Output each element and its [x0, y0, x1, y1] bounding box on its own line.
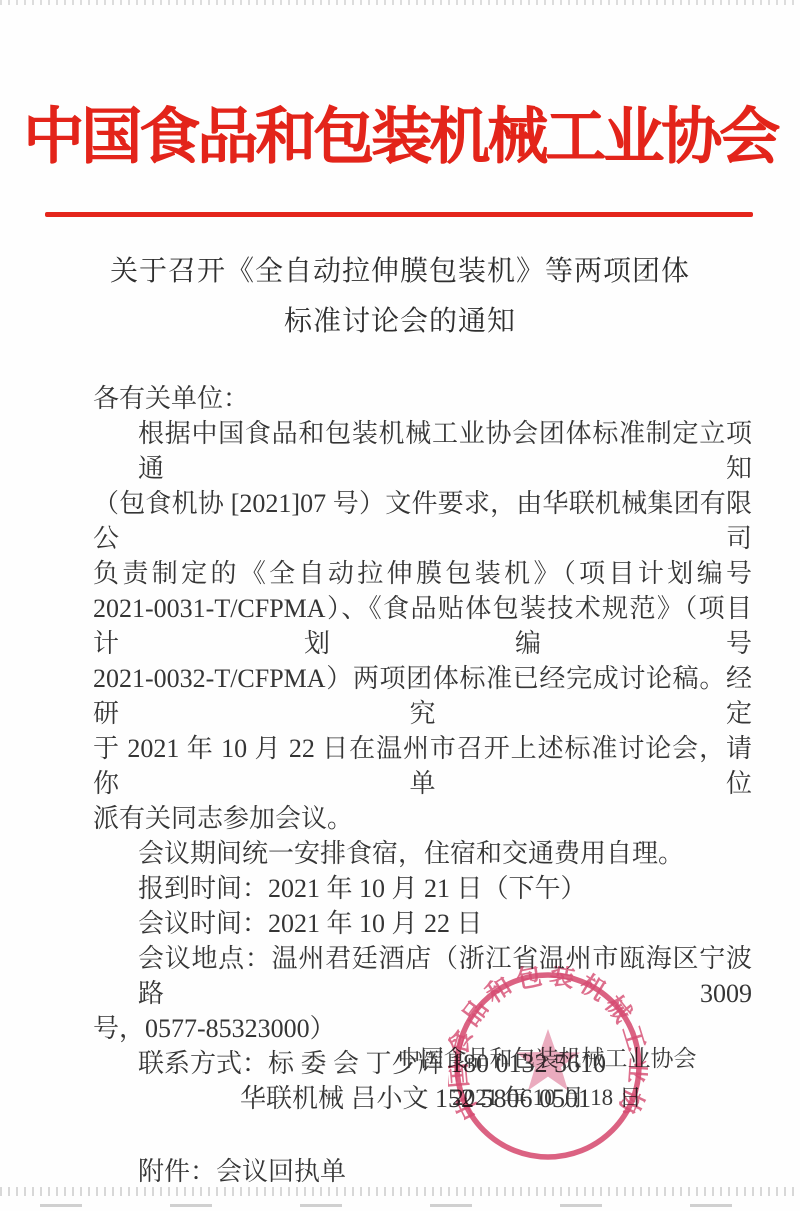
body-line: 2021-0032-T/CFPMA）两项团体标准已经完成讨论稿。经研究定	[93, 661, 752, 731]
body-line: 负责制定的《全自动拉伸膜包装机》（项目计划编号	[93, 556, 752, 591]
perforation-bottom-marks	[40, 1204, 780, 1207]
attachment-note: 附件：会议回执单	[93, 1154, 752, 1189]
document-title-line2: 标准讨论会的通知	[0, 297, 800, 347]
body-line: 2021-0031-T/CFPMA）、《食品贴体包装技术规范》（项目计划编号	[93, 591, 752, 661]
document-title-line1: 关于召开《全自动拉伸膜包装机》等两项团体	[0, 247, 800, 297]
document-title: 关于召开《全自动拉伸膜包装机》等两项团体 标准讨论会的通知	[0, 247, 800, 347]
letterhead-divider	[45, 212, 753, 217]
body-line: （包食机协 [2021]07 号）文件要求，由华联机械集团有限公司	[93, 486, 752, 556]
document-page: 中国食品和包装机械工业协会 关于召开《全自动拉伸膜包装机》等两项团体 标准讨论会…	[0, 0, 800, 1211]
body-line: 派有关同志参加会议。	[93, 801, 752, 836]
meeting-location-line: 会议地点：温州君廷酒店（浙江省温州市瓯海区宁波路 3009	[93, 941, 752, 1011]
letterhead-org-name: 中国食品和包装机械工业协会	[0, 88, 800, 175]
body-line: 会议期间统一安排食宿，住宿和交通费用自理。	[93, 836, 752, 871]
signature-org: 中国食品和包装机械工业协会	[388, 1039, 706, 1078]
signature-block: 中国食品和包装机械工业协会 2021 年 10 月 18 日	[388, 1039, 706, 1117]
meeting-time-line: 会议时间：2021 年 10 月 22 日	[93, 906, 752, 941]
body-line: 于 2021 年 10 月 22 日在温州市召开上述标准讨论会，请你单位	[93, 731, 752, 801]
salutation: 各有关单位：	[93, 381, 752, 416]
signature-date: 2021 年 10 月 18 日	[388, 1078, 706, 1117]
checkin-time-line: 报到时间：2021 年 10 月 21 日（下午）	[93, 871, 752, 906]
body-line: 根据中国食品和包装机械工业协会团体标准制定立项通知	[93, 416, 752, 486]
perforation-top	[0, 0, 800, 5]
perforation-bottom	[0, 1187, 800, 1196]
